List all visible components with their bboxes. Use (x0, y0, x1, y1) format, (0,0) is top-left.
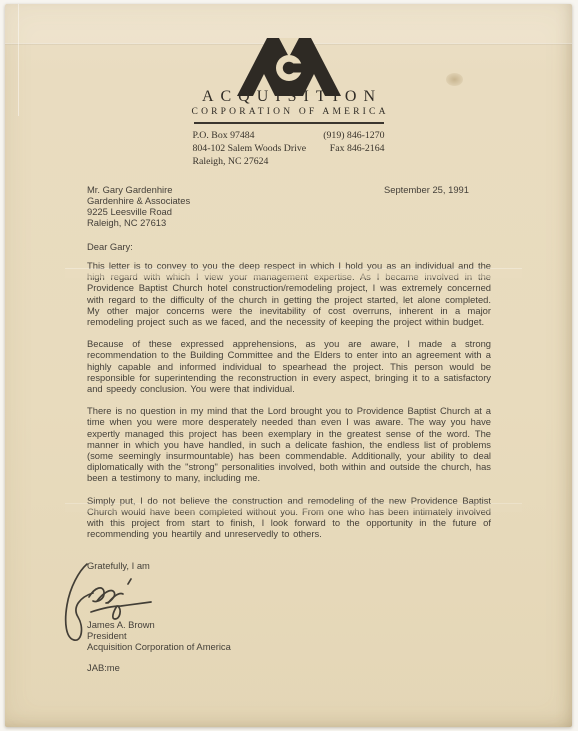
recipient-name: Mr. Gary Gardenhire (87, 184, 190, 195)
po-box-line: P.O. Box 97484 (193, 129, 307, 142)
signer-company: Acquisition Corporation of America (87, 641, 231, 652)
signer-title: President (87, 630, 231, 641)
fold-crease-middle (65, 269, 522, 278)
signer-name: James A. Brown (87, 619, 231, 630)
recipient-address-block: Mr. Gary Gardenhire Gardenhire & Associa… (87, 184, 190, 228)
complimentary-closing: Gratefully, I am (87, 560, 150, 571)
letterhead-contact-block: P.O. Box 97484 804-102 Salem Woods Drive… (193, 129, 385, 168)
letter-body: This letter is to convey to you the deep… (87, 260, 491, 539)
paragraph-2: Because of these expressed apprehensions… (87, 338, 491, 394)
company-subtitle: CORPORATION OF AMERICA (5, 107, 572, 117)
scanned-letter-photo: ACQUISITION CORPORATION OF AMERICA P.O. … (0, 0, 578, 731)
letter-paper: ACQUISITION CORPORATION OF AMERICA P.O. … (5, 4, 572, 727)
fold-crease-lower (65, 504, 522, 512)
recipient-company: Gardenhire & Associates (87, 195, 190, 206)
fax-line: Fax 846-2164 (323, 142, 384, 155)
paragraph-4: Simply put, I do not believe the constru… (87, 495, 491, 540)
company-name: ACQUISITION (5, 88, 572, 106)
street-line: 804-102 Salem Woods Drive (193, 142, 307, 155)
phone-line: (919) 846-1270 (323, 129, 384, 142)
letterhead-divider (194, 122, 384, 124)
reference-initials: JAB:me (87, 662, 120, 673)
salutation: Dear Gary: (87, 241, 133, 252)
letterhead-address: P.O. Box 97484 804-102 Salem Woods Drive… (193, 129, 307, 168)
letterhead-phone-fax: (919) 846-1270 Fax 846-2164 (323, 129, 384, 168)
letter-date: September 25, 1991 (384, 184, 469, 195)
city-line: Raleigh, NC 27624 (193, 155, 307, 168)
paragraph-3: There is no question in my mind that the… (87, 405, 491, 483)
recipient-street: 9225 Leesville Road (87, 206, 190, 217)
signature-block: James A. Brown President Acquisition Cor… (87, 619, 231, 652)
recipient-city: Raleigh, NC 27613 (87, 217, 190, 228)
paper-stain (446, 73, 463, 86)
